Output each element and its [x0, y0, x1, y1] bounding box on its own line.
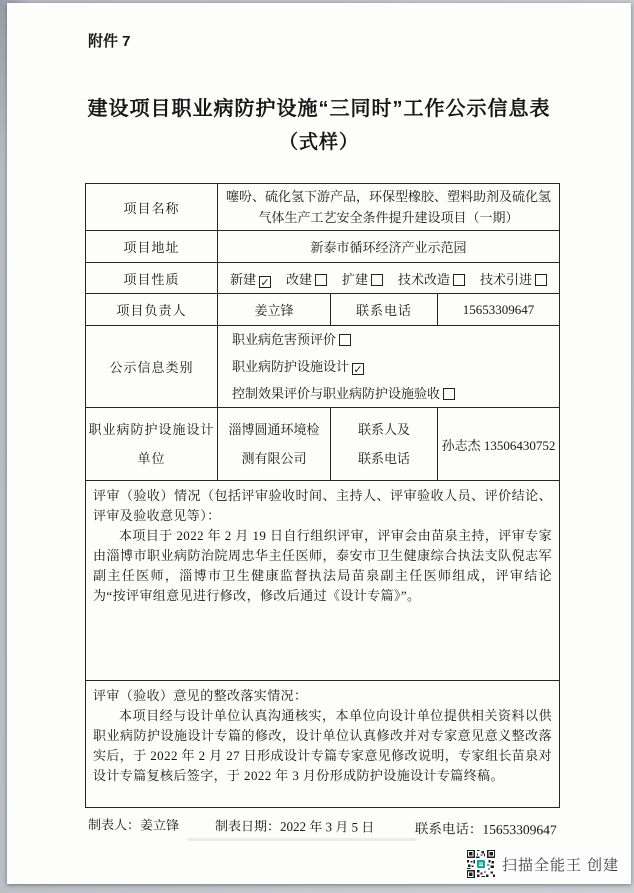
leader-phone-label: 联系电话: [331, 294, 438, 326]
nature-option-tech-import: 技术引进: [480, 269, 547, 288]
design-unit-company: 淄博圆通环境检 测有限公司: [218, 408, 331, 481]
table-row-project-address: 项目地址 新泰市循环经济产业示范园: [86, 231, 560, 263]
design-unit-label: 职业病防护设施设计 单位: [86, 408, 218, 481]
table-row-publicity-category: 公示信息类别 职业病危害预评价 职业病防护设施设计✓ 控制效果评价与职业病防护设…: [86, 326, 560, 408]
category-option-pre-evaluation: 职业病危害预评价: [232, 326, 559, 353]
category-option-effect-acceptance: 控制效果评价与职业病防护设施验收: [232, 380, 559, 407]
table-maker: 制表人：姜立锋: [88, 814, 179, 834]
project-name-line1: 噻吩、硫化氢下游产品，环保型橡胶、塑料助剂及硫化氢: [218, 186, 559, 207]
table-row-rectification: 评审（验收）意见的整改落实情况： 本项目经与设计单位认真沟通核实，本单位向设计单…: [86, 681, 560, 808]
nature-option-tech-reform: 技术改造: [398, 269, 465, 288]
checkbox-icon: [443, 388, 455, 400]
project-address-value: 新泰市循环经济产业示范园: [218, 231, 560, 263]
checkbox-checked-icon: ✓: [259, 276, 271, 288]
review-status-heading: 评审（验收）情况（包括评审验收时间、主持人、评审验收人员、评价结论、评审及验收意…: [93, 486, 552, 526]
table-maker-row: 制表人：姜立锋 制表日期：2022 年 3 月 5 日 联系电话：1565330…: [88, 814, 578, 841]
attachment-label: 附件 7: [88, 30, 131, 51]
nature-option-rebuild: 改建: [286, 269, 327, 288]
project-address-label: 项目地址: [86, 231, 218, 263]
table-row-project-leader: 项目负责人 姜立锋 联系电话 15653309647: [86, 294, 560, 326]
scanned-document-page: 附件 7 建设项目职业病防护设施“三同时”工作公示信息表 （式样） 项目名称 噻…: [7, 3, 631, 884]
leader-phone-value: 15653309647: [438, 294, 560, 326]
table-row-review-status: 评审（验收）情况（包括评审验收时间、主持人、评审验收人员、评价结论、评审及验收意…: [86, 481, 560, 681]
checkbox-icon: [453, 274, 465, 286]
checkbox-icon: [315, 274, 327, 286]
rectification-paragraph: 本项目经与设计单位认真沟通核实，本单位向设计单位提供相关资料以供职业病防护设施设…: [93, 706, 552, 786]
camscanner-watermark: 扫描全能王 创建: [467, 850, 619, 878]
project-nature-label: 项目性质: [86, 263, 218, 294]
nature-option-new: 新建✓: [230, 269, 271, 288]
review-status-cell: 评审（验收）情况（包括评审验收时间、主持人、评审验收人员、评价结论、评审及验收意…: [86, 481, 560, 681]
table-row-project-name: 项目名称 噻吩、硫化氢下游产品，环保型橡胶、塑料助剂及硫化氢 气体生产工艺安全条…: [86, 184, 560, 231]
checkbox-icon: [535, 274, 547, 286]
review-status-paragraph: 本项目于 2022 年 2 月 19 日自行组织评审，评审会由苗泉主持，评审专家…: [93, 526, 552, 606]
project-name-value: 噻吩、硫化氢下游产品，环保型橡胶、塑料助剂及硫化氢 气体生产工艺安全条件提升建设…: [218, 184, 560, 231]
page-subtitle: （式样）: [7, 127, 631, 154]
page-title: 建设项目职业病防护设施“三同时”工作公示信息表: [7, 92, 631, 121]
project-leader-name: 姜立锋: [218, 294, 331, 326]
checkbox-icon: [339, 334, 351, 346]
checkbox-checked-icon: ✓: [352, 363, 364, 375]
table-date: 制表日期：2022 年 3 月 5 日: [215, 815, 374, 836]
project-name-line2: 气体生产工艺安全条件提升建设项目（一期）: [218, 207, 559, 228]
rectification-heading: 评审（验收）意见的整改落实情况：: [93, 686, 552, 706]
category-option-facility-design: 职业病防护设施设计✓: [232, 353, 559, 380]
nature-option-expand: 扩建: [342, 269, 383, 288]
table-row-project-nature: 项目性质 新建✓ 改建 扩建 技术改造 技术引进: [86, 263, 560, 294]
project-name-label: 项目名称: [86, 184, 218, 231]
publicity-info-table: 项目名称 噻吩、硫化氢下游产品，环保型橡胶、塑料助剂及硫化氢 气体生产工艺安全条…: [85, 183, 560, 808]
publicity-category-label: 公示信息类别: [86, 326, 218, 408]
checkbox-icon: [371, 274, 383, 286]
publicity-category-options: 职业病危害预评价 职业病防护设施设计✓ 控制效果评价与职业病防护设施验收: [218, 326, 560, 408]
design-unit-contact-label: 联系人及 联系电话: [331, 408, 438, 481]
design-unit-contact-value: 孙志杰 13506430752: [438, 408, 560, 481]
project-leader-label: 项目负责人: [86, 294, 218, 326]
qr-code-icon: [467, 850, 495, 878]
camscanner-watermark-text: 扫描全能王 创建: [502, 854, 619, 875]
table-row-design-unit: 职业病防护设施设计 单位 淄博圆通环境检 测有限公司 联系人及 联系电话 孙志杰…: [86, 408, 560, 481]
rectification-cell: 评审（验收）意见的整改落实情况： 本项目经与设计单位认真沟通核实，本单位向设计单…: [86, 681, 560, 808]
footer-phone: 联系电话：15653309647: [415, 817, 557, 838]
project-nature-options: 新建✓ 改建 扩建 技术改造 技术引进: [218, 263, 560, 294]
